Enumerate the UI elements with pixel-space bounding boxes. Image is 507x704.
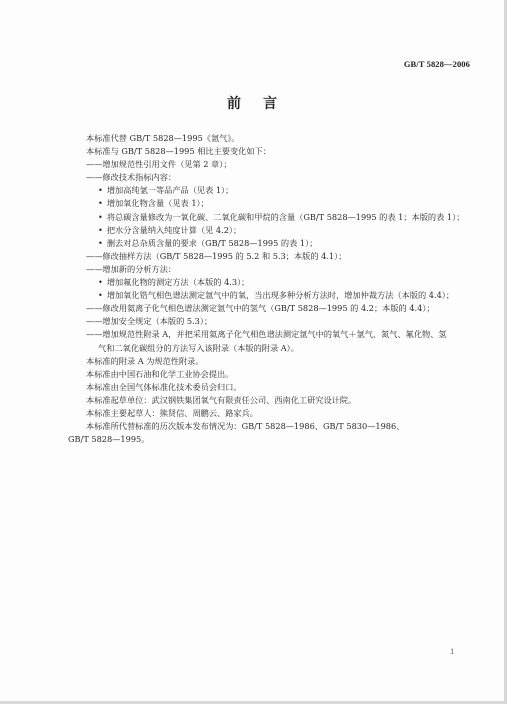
bullet-text: 增加氟化物的测定方法（本版的 4.3）； — [107, 277, 250, 287]
paragraph-line: 本标准的附录 A 为规范性附录。 — [0, 355, 504, 368]
document-page: GB/T 5828—2006 前言 本标准代替 GB/T 5828—1995《氩… — [0, 0, 504, 701]
bullet-text: 把水分含量纳入纯度计算（见 4.2）； — [107, 225, 241, 235]
paragraph-line: 本标准由全国气体标准化技术委员会归口。 — [0, 381, 504, 394]
bullet-list-item: •增加氟化物的测定方法（本版的 4.3）； — [0, 276, 504, 289]
bullet-icon: • — [98, 185, 103, 195]
foreword-body: 本标准代替 GB/T 5828—1995《氩气》。 本标准与 GB/T 5828… — [0, 132, 504, 446]
paragraph-line-continuation: GB/T 5828—1995。 — [0, 433, 504, 446]
dash-list-item: ——修改技术指标内容： — [0, 171, 504, 184]
bullet-text: 增加氧化物含量（见表 1）； — [107, 198, 209, 208]
bullet-text: 增加高纯氩一等品产品（见表 1）； — [107, 185, 234, 195]
page-title: 前言 — [0, 93, 504, 113]
bullet-icon: • — [98, 225, 103, 235]
dash-list-item: ——修改抽样方法（GB/T 5828—1995 的 5.2 和 5.3；本版的 … — [0, 250, 504, 263]
dash-list-item: ——增加新的分析方法： — [0, 263, 504, 276]
paragraph-line: 本标准代替 GB/T 5828—1995《氩气》。 — [0, 132, 504, 145]
paragraph-line: 本标准由中国石油和化学工业协会提出。 — [0, 368, 504, 381]
paragraph-line: 本标准主要起草人：熊贤信、周鹏云、路家兵。 — [0, 407, 504, 420]
bullet-icon: • — [98, 277, 103, 287]
bullet-icon: • — [98, 290, 103, 300]
bullet-text: 增加氧化锆气相色谱法测定氩气中的氧，当出现多种分析方法时，增加仲裁方法（本版的 … — [107, 290, 454, 300]
paragraph-line: 本标准与 GB/T 5828—1995 相比主要变化如下： — [0, 145, 504, 158]
paragraph-line: 本标准所代替标准的历次版本发布情况为：GB/T 5828—1986、GB/T 5… — [0, 420, 504, 433]
bullet-text: 删去对总杂质含量的要求（GB/T 5828—1995 的表 1）； — [107, 238, 318, 248]
dash-list-item: ——增加规范性附录 A，并把采用氦离子化气相色谱法测定氩气中的氧气＋氩气、氮气、… — [0, 328, 504, 341]
page-number: 1 — [450, 646, 454, 656]
bullet-icon: • — [98, 198, 103, 208]
bullet-icon: • — [98, 212, 103, 222]
bullet-list-item: •删去对总杂质含量的要求（GB/T 5828—1995 的表 1）； — [0, 237, 504, 250]
dash-list-item: ——修改用氦离子化气相色谱法测定氩气中的氢气（GB/T 5828—1995 的 … — [0, 302, 504, 315]
paragraph-line: 本标准起草单位：武汉钢铁集团氧气有限责任公司、西南化工研究设计院。 — [0, 394, 504, 407]
bullet-list-item: •增加高纯氩一等品产品（见表 1）； — [0, 184, 504, 197]
dash-list-item-continuation: 气和二氧化碳组分的方法写入该附录（本版的附录 A）。 — [0, 342, 504, 355]
bullet-list-item: •把水分含量纳入纯度计算（见 4.2）； — [0, 224, 504, 237]
dash-list-item: ——增加安全规定（本版的 5.3）； — [0, 315, 504, 328]
bullet-list-item: •增加氧化锆气相色谱法测定氩气中的氧，当出现多种分析方法时，增加仲裁方法（本版的… — [0, 289, 504, 302]
bullet-icon: • — [98, 238, 103, 248]
bullet-list-item: •增加氧化物含量（见表 1）； — [0, 197, 504, 210]
dash-list-item: ——增加规范性引用文件（见第 2 章）； — [0, 158, 504, 171]
standard-code-header: GB/T 5828—2006 — [404, 59, 470, 69]
bullet-list-item: •将总碳含量修改为一氧化碳、二氧化碳和甲烷的含量（GB/T 5828—1995 … — [0, 211, 504, 224]
bullet-text: 将总碳含量修改为一氧化碳、二氧化碳和甲烷的含量（GB/T 5828—1995 的… — [107, 212, 465, 222]
